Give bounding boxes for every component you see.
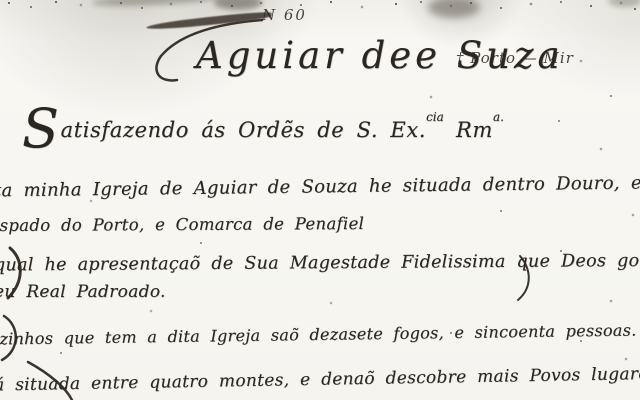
salutation-text-2: Rm <box>444 118 493 142</box>
salutation-text: atisfazendo ás Ordẽs de S. Ex. <box>61 118 426 142</box>
manuscript-page: N 60 Aguiar dee Suza † Porto — Mir Satis… <box>0 0 640 400</box>
salutation-line: Satisfazendo ás Ordẽs de S. Ex.cia Rma. <box>22 118 504 142</box>
manuscript-line: eu Real Padroado. <box>0 282 166 302</box>
salutation-superscript-2: a. <box>493 110 504 124</box>
margin-note: † Porto — Mir <box>456 49 574 67</box>
document-number: N 60 <box>262 6 307 24</box>
manuscript-line: ispado do Porto, e Comarca de Penafiel <box>0 214 364 235</box>
salutation-superscript: cia <box>426 110 444 124</box>
